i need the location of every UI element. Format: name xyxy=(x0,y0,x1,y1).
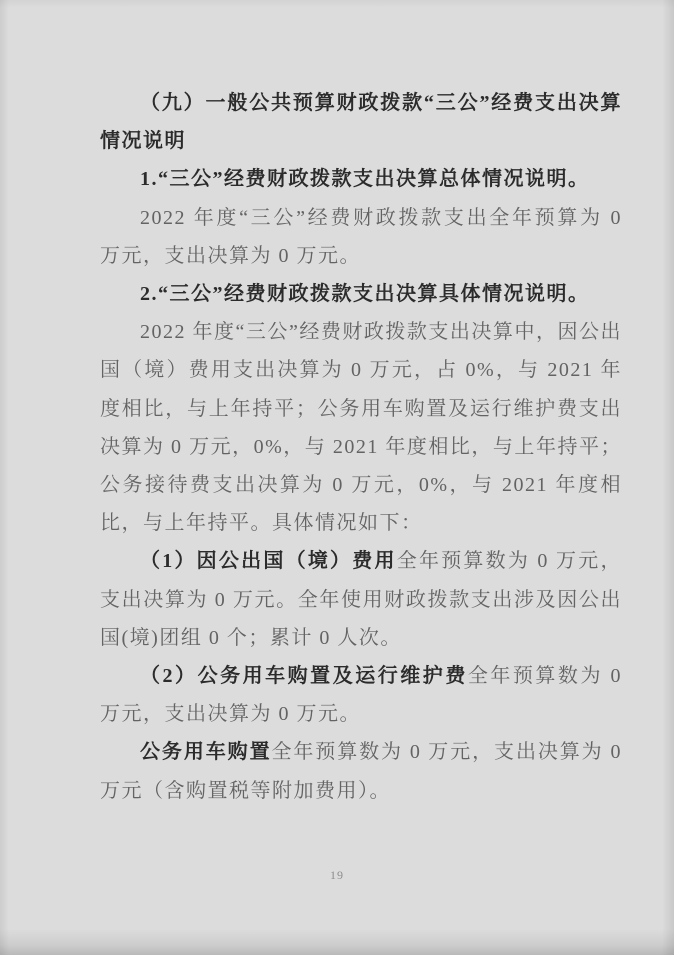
paragraph-total-overview: 2022 年度“三公”经费财政拨款支出全年预算为 0 万元，支出决算为 0 万元… xyxy=(100,199,622,275)
item-vehicle-label: （2）公务用车购置及运行维护费 xyxy=(140,665,468,687)
item-abroad-label: （1）因公出国（境）费用 xyxy=(140,550,397,572)
section-heading: （九）一般公共预算财政拨款“三公”经费支出决算情况说明 xyxy=(100,84,622,160)
paragraph-item-abroad: （1）因公出国（境）费用全年预算数为 0 万元，支出决算为 0 万元。全年使用财… xyxy=(100,542,622,657)
subheading-detail-situation: 2.“三公”经费财政拨款支出决算具体情况说明。 xyxy=(100,275,622,313)
document-page: （九）一般公共预算财政拨款“三公”经费支出决算情况说明 1.“三公”经费财政拨款… xyxy=(0,0,674,955)
page-number: 19 xyxy=(0,868,674,883)
item-vehicle-purchase-label: 公务用车购置 xyxy=(140,741,271,763)
paragraph-item-vehicle: （2）公务用车购置及运行维护费全年预算数为 0 万元，支出决算为 0 万元。 xyxy=(100,657,622,733)
subheading-total-situation: 1.“三公”经费财政拨款支出决算总体情况说明。 xyxy=(100,160,622,198)
paragraph-detail-overview: 2022 年度“三公”经费财政拨款支出决算中，因公出国（境）费用支出决算为 0 … xyxy=(100,313,622,542)
text-block: （九）一般公共预算财政拨款“三公”经费支出决算情况说明 1.“三公”经费财政拨款… xyxy=(100,84,622,810)
paragraph-item-vehicle-purchase: 公务用车购置全年预算数为 0 万元，支出决算为 0 万元（含购置税等附加费用）。 xyxy=(100,733,622,809)
